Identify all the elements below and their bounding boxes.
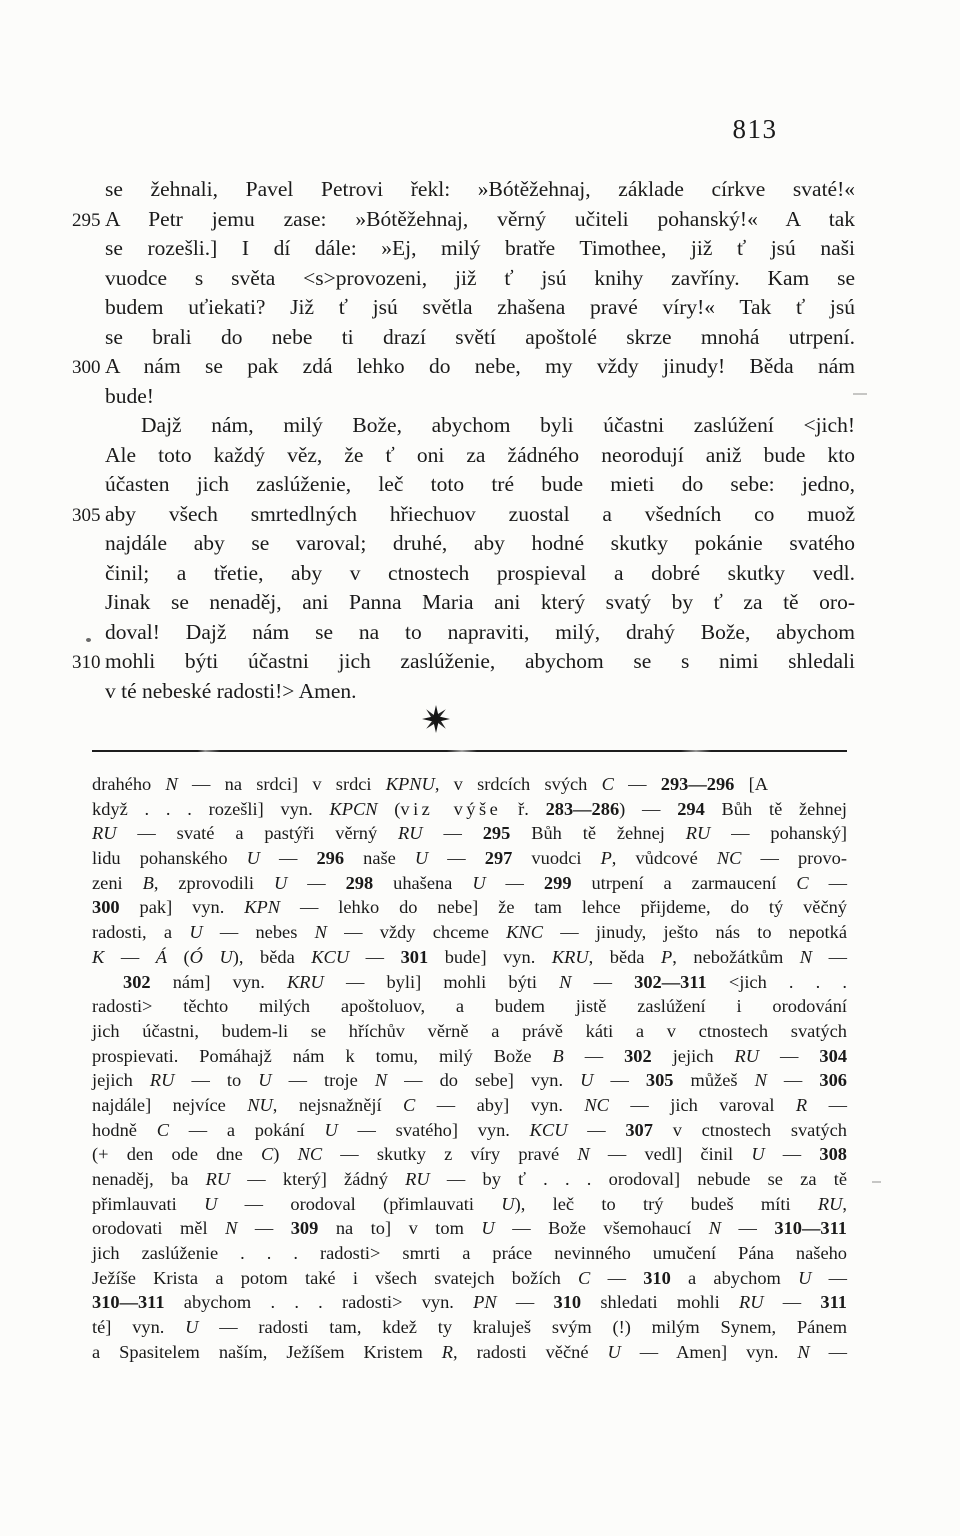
main-text-line: se žehnali, Pavel Petrovi řekl: »Bótěžeh… [105, 175, 855, 205]
apparatus-line: nenaděj, ba RU — který] žádný RU — by ť … [92, 1167, 847, 1192]
apparatus-text: — jich varoval [609, 1095, 796, 1115]
apparatus-text: radosti> těchto milých apoštoluov, a bud… [92, 996, 847, 1016]
manuscript-siglum: N [559, 972, 571, 992]
apparatus-text: můžeš [674, 1070, 755, 1090]
manuscript-siglum: C [796, 873, 808, 893]
manuscript-siglum: U [798, 1268, 811, 1288]
manuscript-siglum: N [800, 947, 812, 967]
manuscript-siglum: NU [247, 1095, 273, 1115]
verse-number-ref: 305 [646, 1070, 674, 1090]
apparatus-text: utrpení a zarmaucení [572, 873, 797, 893]
apparatus-text: — vedl] činil [590, 1144, 752, 1164]
apparatus-text: — [767, 1070, 820, 1090]
manuscript-siglum: RU [686, 823, 711, 843]
apparatus-text: — [567, 1120, 625, 1140]
apparatus-text: — který] žádný [230, 1169, 405, 1189]
apparatus-line: zeni B, zprovodili U — 298 uhašena U — 2… [92, 871, 847, 896]
apparatus-text: , [842, 1194, 847, 1214]
manuscript-siglum: U [751, 1144, 764, 1164]
main-text-line: Jinak se nenaděj, ani Panna Maria ani kt… [105, 588, 855, 618]
main-text-line-text: účasten jich zaslúženie, leč toto tré bu… [105, 472, 855, 496]
manuscript-siglum: U [415, 848, 428, 868]
apparatus-text: když . . . rozešli] vyn. [92, 799, 329, 819]
manuscript-siglum: RU [398, 823, 423, 843]
apparatus-text: naše [344, 848, 415, 868]
manuscript-siglum: U [185, 1317, 198, 1337]
manuscript-siglum: B [553, 1046, 564, 1066]
manuscript-siglum: U [247, 848, 260, 868]
verse-number-ref: 310 [643, 1268, 671, 1288]
apparatus-text: — [810, 1342, 847, 1362]
apparatus-text: — [349, 947, 400, 967]
verse-number-ref: 295 [483, 823, 511, 843]
apparatus-text: Bůh tě žehnej [705, 799, 847, 819]
apparatus-line: jejich RU — to U — troje N — do sebe] vy… [92, 1068, 847, 1093]
manuscript-siglum: RU [735, 1046, 760, 1066]
apparatus-line: té] vyn. U — radosti tam, kdež ty kraluj… [92, 1315, 847, 1340]
apparatus-text: — provo- [741, 848, 847, 868]
manuscript-siglum: N [577, 1144, 589, 1164]
manuscript-siglum: N [315, 922, 327, 942]
main-text-line-text: A Petr jemu zase: »Bótěžehnaj, věrný uči… [105, 207, 855, 231]
apparatus-text: nám] vyn. [151, 972, 287, 992]
apparatus-text: — [721, 1218, 774, 1238]
manuscript-siglum: U [472, 873, 485, 893]
apparatus-text: — vždy chceme [327, 922, 506, 942]
verse-number-ref: 307 [625, 1120, 653, 1140]
asterisk-divider [408, 705, 464, 737]
main-text-line: činil; a třetie, aby v ctnostech prospie… [105, 559, 855, 589]
spaced-reference: viz výše [400, 799, 501, 819]
apparatus-line: drahého N — na srdci] v srdci KPNU, v sr… [92, 772, 768, 797]
apparatus-text: ( [377, 799, 400, 819]
apparatus-text: — [428, 848, 485, 868]
apparatus-text: ) — [619, 799, 677, 819]
verse-number-ref: 302 [123, 972, 151, 992]
manuscript-siglum: KCU [530, 1120, 568, 1140]
apparatus-text: — radosti tam, kdež ty kraluješ svým (!)… [198, 1317, 847, 1337]
apparatus-text: (+ den ode dne [92, 1144, 261, 1164]
manuscript-siglum: KNC [506, 922, 543, 942]
apparatus-text: na to] v tom [318, 1218, 481, 1238]
verse-number-ref: 311 [820, 1292, 847, 1312]
main-text-line-text: doval! Dajž nám se na to napraviti, milý… [105, 620, 855, 644]
apparatus-text: — [590, 1268, 643, 1288]
apparatus-text: a abychom [671, 1268, 798, 1288]
manuscript-siglum: N [165, 774, 177, 794]
apparatus-text: — [237, 1218, 290, 1238]
manuscript-siglum: U [580, 1070, 593, 1090]
apparatus-text: — [564, 1046, 624, 1066]
verse-number-ref: 301 [401, 947, 429, 967]
apparatus-text: bude] vyn. [428, 947, 552, 967]
manuscript-siglum: U [481, 1218, 494, 1238]
apparatus-line: RU — svaté a pastýři věrný RU — 295 Bůh … [92, 821, 847, 846]
apparatus-text: orodovati měl [92, 1218, 225, 1238]
manuscript-siglum: KRU [552, 947, 589, 967]
verse-number-ref: 302 [624, 1046, 652, 1066]
main-text-line: bude! [105, 382, 855, 412]
verse-number-ref: 294 [677, 799, 705, 819]
main-text-line-text: budem uťiekati? Již ť jsú světla zhašena… [105, 295, 855, 319]
manuscript-siglum: U [501, 1194, 514, 1214]
apparatus-text: , vůdcové [612, 848, 717, 868]
main-text-line: Dajž nám, milý Bože, abychom byli účastn… [105, 411, 855, 441]
apparatus-text: — do sebe] vyn. [387, 1070, 580, 1090]
apparatus-text: — lehko do nebe] že tam lehce přijdeme, … [280, 897, 847, 917]
main-text-line-text: Dajž nám, milý Bože, abychom byli účastn… [141, 413, 855, 437]
apparatus-text: — na srdci] v srdci [178, 774, 386, 794]
manuscript-siglum: KRU [287, 972, 324, 992]
main-text-line-text: činil; a třetie, aby v ctnostech prospie… [105, 561, 855, 585]
apparatus-text: jich zaslúženie . . . radosti> smrti a p… [92, 1243, 847, 1263]
apparatus-text: v ctnostech svatých [653, 1120, 847, 1140]
manuscript-siglum: C [261, 1144, 273, 1164]
verse-number-ref: 300 [92, 897, 120, 917]
apparatus-text: drahého [92, 774, 165, 794]
main-text-line-text: se žehnali, Pavel Petrovi řekl: »Bótěžeh… [105, 177, 855, 201]
manuscript-siglum: RU [92, 823, 117, 843]
apparatus-text: — svaté a pastýři věrný [117, 823, 399, 843]
verse-line-number: 295 [72, 206, 101, 236]
apparatus-text: — [812, 947, 847, 967]
apparatus-text: — [287, 873, 345, 893]
apparatus-text: — [486, 873, 544, 893]
apparatus-line: 310—311 abychom . . . radosti> vyn. PN —… [92, 1290, 847, 1315]
apparatus-line: a Spasitelem naším, Ježíšem Kristem R, r… [92, 1340, 847, 1365]
apparatus-text: , v srdcích svých [435, 774, 602, 794]
verse-line-number: 310 [72, 648, 101, 678]
main-text-line-text: aby všech smrtedlných hřiechuov zuostal … [105, 502, 855, 526]
apparatus-text: — [593, 1070, 646, 1090]
main-text-line-text: vuodce s světa <s>provozeni, již ť jsú k… [105, 266, 855, 290]
verse-line-number: 305 [72, 501, 101, 531]
main-text-line: 305aby všech smrtedlných hřiechuov zuost… [105, 500, 855, 530]
apparatus-line: jich účastni, budem-li se hříchův věrně … [92, 1019, 847, 1044]
manuscript-siglum: PN [473, 1292, 497, 1312]
apparatus-text: pak] vyn. [120, 897, 245, 917]
manuscript-siglum: C [578, 1268, 590, 1288]
apparatus-text: — a pokání [169, 1120, 325, 1140]
apparatus-text: — [571, 972, 634, 992]
verse-number-ref: 293—296 [661, 774, 735, 794]
verse-number-ref: 308 [819, 1144, 847, 1164]
apparatus-text: shledati mohli [581, 1292, 739, 1312]
apparatus-line: radosti> těchto milých apoštoluov, a bud… [92, 994, 847, 1019]
apparatus-text: nenaděj, ba [92, 1169, 206, 1189]
apparatus-line: 300 pak] vyn. KPN — lehko do nebe] že ta… [92, 895, 847, 920]
main-text-line: budem uťiekati? Již ť jsú světla zhašena… [105, 293, 855, 323]
main-text-line: se brali do nebe ti drazí světí apoštolé… [105, 323, 855, 353]
verse-number-ref: 297 [485, 848, 513, 868]
apparatus-text: — Bože všemohaucí [495, 1218, 709, 1238]
apparatus-text: ), běda [233, 947, 312, 967]
apparatus-line: 302 nám] vyn. KRU — byli] mohli býti N —… [92, 970, 847, 995]
apparatus-text: abychom . . . radosti> vyn. [165, 1292, 474, 1312]
manuscript-siglum: NC [298, 1144, 323, 1164]
apparatus-text: , radosti věčné [453, 1342, 607, 1362]
scan-artifact-dash [872, 1181, 881, 1183]
apparatus-text: té] vyn. [92, 1317, 185, 1337]
apparatus-text: — byli] mohli býti [324, 972, 559, 992]
apparatus-line: (+ den ode dne C) NC — skutky z víry pra… [92, 1142, 847, 1167]
main-text: se žehnali, Pavel Petrovi řekl: »Bótěžeh… [105, 175, 855, 706]
manuscript-siglum: RU [206, 1169, 231, 1189]
manuscript-siglum: C [403, 1095, 415, 1115]
manuscript-siglum: K [92, 947, 104, 967]
apparatus-line: lidu pohanského U — 296 naše U — 297 vuo… [92, 846, 847, 871]
main-text-line-text: Ale toto každý věz, že ť oni za žádného … [105, 443, 855, 467]
manuscript-siglum: NC [717, 848, 742, 868]
manuscript-siglum: P [601, 848, 612, 868]
apparatus-text: — skutky z víry pravé [322, 1144, 577, 1164]
verse-line-number: 300 [72, 353, 101, 383]
verse-number-ref: 283—286 [546, 799, 620, 819]
main-text-line: se rozešli.] I dí dále: »Ej, milý bratře… [105, 234, 855, 264]
manuscript-siglum: U [189, 922, 202, 942]
apparatus-text: hodně [92, 1120, 157, 1140]
verse-number-ref: 310 [554, 1292, 582, 1312]
main-text-line: Ale toto každý věz, že ť oni za žádného … [105, 441, 855, 471]
apparatus-text: — [764, 1292, 821, 1312]
apparatus-text: lidu pohanského [92, 848, 247, 868]
apparatus-text: — [807, 1095, 847, 1115]
apparatus-line: K — Á (Ó U), běda KCU — 301 bude] vyn. K… [92, 945, 847, 970]
manuscript-siglum: N [797, 1342, 809, 1362]
apparatus-text: ř. [501, 799, 545, 819]
manuscript-siglum: KPCN [329, 799, 377, 819]
apparatus-text: najdále] nejvíce [92, 1095, 247, 1115]
verse-number-ref: 304 [819, 1046, 847, 1066]
apparatus-line: orodovati měl N — 309 na to] v tom U — B… [92, 1216, 847, 1241]
book-page: 813 se žehnali, Pavel Petrovi řekl: »Bót… [0, 0, 960, 1536]
apparatus-text: jejich [92, 1070, 150, 1090]
manuscript-siglum: Á [156, 947, 167, 967]
manuscript-siglum: KPNU [386, 774, 435, 794]
main-text-line-text: se brali do nebe ti drazí světí apoštolé… [105, 325, 855, 349]
apparatus-line: jich zaslúženie . . . radosti> smrti a p… [92, 1241, 847, 1266]
main-text-line-text: se rozešli.] I dí dále: »Ej, milý bratře… [105, 236, 855, 260]
manuscript-siglum: NC [584, 1095, 609, 1115]
verse-number-ref: 296 [316, 848, 344, 868]
verse-number-ref: 306 [819, 1070, 847, 1090]
manuscript-siglum: P [661, 947, 672, 967]
main-text-line: 310mohli býti účastni jich zaslúženie, a… [105, 647, 855, 677]
apparatus-text: — svatého] vyn. [338, 1120, 530, 1140]
apparatus-text: a Spasitelem naším, Ježíšem Kristem [92, 1342, 442, 1362]
manuscript-siglum: RU [818, 1194, 843, 1214]
main-text-line: v té nebeské radosti!> Amen. [105, 677, 855, 707]
apparatus-text: jich účastni, budem-li se hříchův věrně … [92, 1021, 847, 1041]
manuscript-siglum: RU [150, 1070, 175, 1090]
manuscript-siglum: R [442, 1342, 453, 1362]
manuscript-siglum: U [274, 873, 287, 893]
apparatus-text: Ježíše Krista a potom také i všech svate… [92, 1268, 578, 1288]
apparatus-text: , nebožátkům [672, 947, 800, 967]
manuscript-siglum: C [157, 1120, 169, 1140]
apparatus-text: ) [273, 1144, 297, 1164]
verse-number-ref: 310—311 [774, 1218, 847, 1238]
apparatus-line: hodně C — a pokání U — svatého] vyn. KCU… [92, 1118, 847, 1143]
apparatus-text: — [260, 848, 317, 868]
apparatus-line: když . . . rozešli] vyn. KPCN (viz výše … [92, 797, 847, 822]
apparatus-text: <jich . . . [707, 972, 847, 992]
manuscript-siglum: N [755, 1070, 767, 1090]
apparatus-text: Bůh tě žehnej [510, 823, 685, 843]
main-text-line: 295A Petr jemu zase: »Bótěžehnaj, věrný … [105, 205, 855, 235]
verse-number-ref: 298 [346, 873, 374, 893]
manuscript-siglum: R [796, 1095, 807, 1115]
main-text-line: doval! Dajž nám se na to napraviti, milý… [105, 618, 855, 648]
verse-number-ref: 310—311 [92, 1292, 165, 1312]
apparatus-text: [A [734, 774, 768, 794]
manuscript-siglum: RU [405, 1169, 430, 1189]
main-text-line: vuodce s světa <s>provozeni, již ť jsú k… [105, 264, 855, 294]
apparatus-text: zeni [92, 873, 143, 893]
apparatus-text: — [811, 1268, 847, 1288]
apparatus-text: radosti, a [92, 922, 189, 942]
apparatus-text: uhašena [373, 873, 472, 893]
apparatus-text: — aby] vyn. [415, 1095, 584, 1115]
apparatus-text: — [809, 873, 847, 893]
main-text-line: účasten jich zaslúženie, leč toto tré bu… [105, 470, 855, 500]
main-text-line-text: Jinak se nenaděj, ani Panna Maria ani kt… [105, 590, 855, 614]
apparatus-text: — [104, 947, 155, 967]
main-text-line: 300A nám se pak zdá lehko do nebe, my vž… [105, 352, 855, 382]
manuscript-siglum: U [325, 1120, 338, 1140]
manuscript-siglum: N [709, 1218, 721, 1238]
apparatus-text: — [765, 1144, 820, 1164]
critical-apparatus: drahého N — na srdci] v srdci KPNU, v sr… [92, 772, 847, 1365]
manuscript-siglum: U [607, 1342, 620, 1362]
apparatus-text: , zprovodili [154, 873, 274, 893]
apparatus-text: — orodoval (přimlauvati [217, 1194, 501, 1214]
apparatus-text: — [759, 1046, 819, 1066]
manuscript-siglum: U [258, 1070, 271, 1090]
verse-number-ref: 309 [291, 1218, 319, 1238]
apparatus-text: prospievati. Pomáhajž nám k tomu, milý B… [92, 1046, 553, 1066]
manuscript-siglum: KPN [244, 897, 280, 917]
apparatus-text: — [614, 774, 661, 794]
manuscript-siglum: U [204, 1194, 217, 1214]
apparatus-line: najdále] nejvíce NU, nejsnažnějí C — aby… [92, 1093, 847, 1118]
manuscript-siglum: Ó U [190, 947, 233, 967]
scan-artifact-dot [86, 638, 91, 642]
verse-number-ref: 302—311 [634, 972, 707, 992]
main-text-line-text: v té nebeské radosti!> Amen. [105, 679, 357, 703]
manuscript-siglum: C [602, 774, 614, 794]
apparatus-line: prospievati. Pomáhajž nám k tomu, milý B… [92, 1044, 847, 1069]
apparatus-text: — nebes [203, 922, 315, 942]
apparatus-text: — [423, 823, 483, 843]
apparatus-text: , běda [589, 947, 661, 967]
main-text-line-text: A nám se pak zdá lehko do nebe, my vždy … [105, 354, 855, 378]
manuscript-siglum: RU [739, 1292, 764, 1312]
apparatus-text: — by ť . . . orodoval] nebude se za tě [430, 1169, 847, 1189]
apparatus-text: ( [167, 947, 190, 967]
apparatus-text: — troje [272, 1070, 375, 1090]
manuscript-siglum: B [143, 873, 154, 893]
main-text-line-text: najdále aby se varoval; druhé, aby hodné… [105, 531, 855, 555]
apparatus-text: — Amen] vyn. [621, 1342, 798, 1362]
apparatus-line: Ježíše Krista a potom také i všech svate… [92, 1266, 847, 1291]
apparatus-text: — to [174, 1070, 258, 1090]
apparatus-text: přimlauvati [92, 1194, 204, 1214]
apparatus-text: — [497, 1292, 554, 1312]
manuscript-siglum: N [375, 1070, 387, 1090]
main-text-line-text: mohli býti účastni jich zaslúženie, abyc… [105, 649, 855, 673]
apparatus-text: jejich [652, 1046, 735, 1066]
apparatus-text: , nejsnažnějí [273, 1095, 403, 1115]
apparatus-line: přimlauvati U — orodoval (přimlauvati U)… [92, 1192, 847, 1217]
verse-number-ref: 299 [544, 873, 572, 893]
main-text-line: najdále aby se varoval; druhé, aby hodné… [105, 529, 855, 559]
main-text-line-text: bude! [105, 384, 154, 408]
apparatus-text: vuodci [512, 848, 600, 868]
asterisk-divider-icon [422, 705, 450, 733]
manuscript-siglum: KCU [311, 947, 349, 967]
manuscript-siglum: N [225, 1218, 237, 1238]
page-number: 813 [731, 114, 779, 145]
section-divider-rule [92, 750, 847, 752]
apparatus-text: — jinudy, ješto nás to nepotká [543, 922, 847, 942]
apparatus-line: radosti, a U — nebes N — vždy chceme KNC… [92, 920, 847, 945]
scan-artifact-dash [853, 393, 867, 395]
apparatus-text: — pohanský] [710, 823, 847, 843]
apparatus-text: ), leč to trý budeš míti [515, 1194, 818, 1214]
